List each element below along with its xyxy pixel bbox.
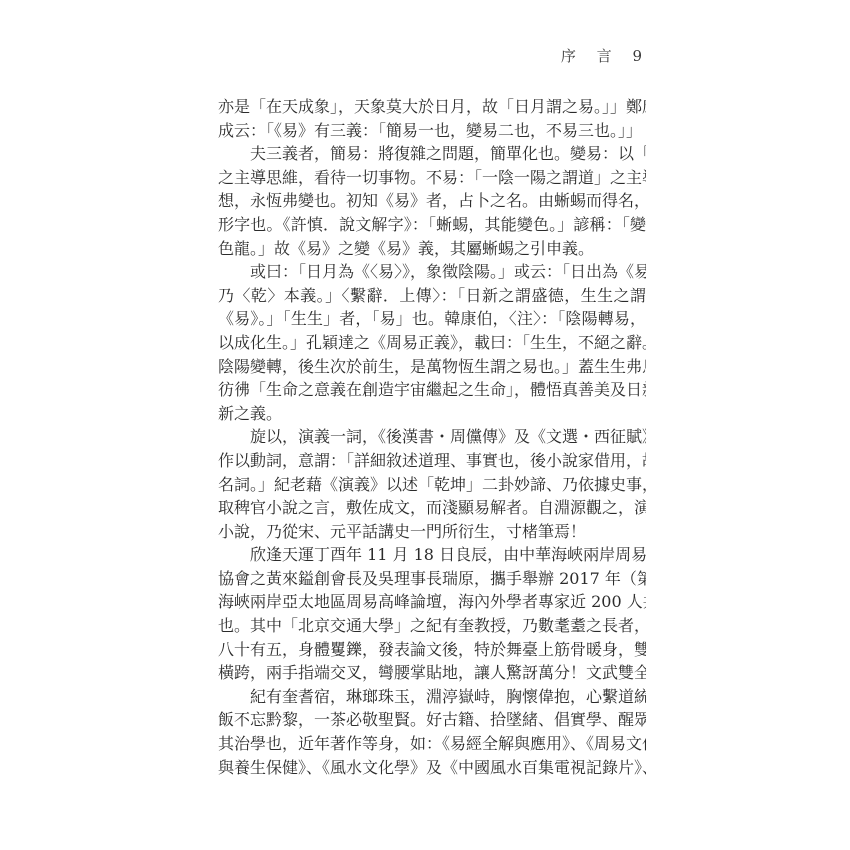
text-line: 海峽兩岸亞太地區周易高峰論壇，海內外學者專家近 200 人共襄盛舉 <box>218 590 646 614</box>
section-title: 序 言 <box>561 47 620 65</box>
text-line: 橫跨，兩手指端交叉，彎腰掌貼地，讓人驚訝萬分！文武雙全。 <box>218 661 646 685</box>
text-line: 成云：「《易》有三義：「簡易一也，變易二也，不易三也。」」 <box>218 119 646 143</box>
text-line: 其治學也，近年著作等身，如：《易經全解與應用》、《周易文化 <box>218 732 646 756</box>
text-line: 小說，乃從宋、元平話講史一門所衍生，寸楮筆焉！ <box>218 520 646 544</box>
text-line: 與養生保健》、《風水文化學》及《中國風水百集電視記錄片》、 <box>218 756 646 780</box>
text-line: 陰陽變轉，後生次於前生，是萬物恆生謂之易也。」蓋生生弗息， <box>218 355 646 379</box>
text-line: 以成化生。」孔穎達之《周易正義》，載曰：「生生，不絕之辭。 <box>218 331 646 355</box>
text-line: 飯不忘黔黎，一茶必敬聖賢。好古籍、拾墜緒、倡實學、醒眾醉。 <box>218 708 646 732</box>
text-line: 紀有奎耆宿，琳瑯珠玉，淵渟嶽峙，胸懷偉抱，心繫道統，一 <box>218 685 646 709</box>
text-line: 形字也。《許慎．說文解字》：「蜥蜴，其能變色。」諺稱：「變 <box>218 213 646 237</box>
body-text: 亦是「在天成象」，天象莫大於日月，故「日月謂之易。」」鄭康成云：「《易》有三義：… <box>218 95 646 779</box>
text-line: 或曰：「日月為《〈易〉》，象徵陰陽。」或云：「日出為《易》， <box>218 260 646 284</box>
text-line: 新之義。 <box>218 402 646 426</box>
text-line: 八十有五，身體矍鑠，發表論文後，特於舞臺上筋骨暖身，雙足劈腿 <box>218 638 646 662</box>
text-line: 之主導思維，看待一切事物。不易：「一陰一陽之謂道」之主導思 <box>218 166 646 190</box>
page-number: 9 <box>632 47 650 65</box>
text-line: 乃〈乾〉本義。」〈繫辭．上傳〉：「日新之謂盛德，生生之謂 <box>218 284 646 308</box>
text-line: 協會之黃來鎰創會長及吳理事長瑞原，攜手舉辦 2017 年（第七屆） <box>218 567 646 591</box>
text-line: 欣逢天運丁酉年 11 月 18 日良辰，由中華海峽兩岸周易科學交流 <box>218 543 646 567</box>
text-line: 旋以，演義一詞，《後漢書・周儻傳》及《文選・西征賦》， <box>218 425 646 449</box>
text-line: 色龍。」故《易》之變《易》義，其屬蜥蜴之引申義。 <box>218 237 646 261</box>
text-line: 夫三義者，簡易：將復雜之問題，簡單化也。變易：以「變」 <box>218 142 646 166</box>
text-line: 也。其中「北京交通大學」之紀有奎教授，乃數耄耋之長者，壽齡 <box>218 614 646 638</box>
text-line: 作以動詞，意謂：「詳細敘述道理、事實也，後小說家借用，故成 <box>218 449 646 473</box>
text-line: 彷彿「生命之意義在創造宇宙繼起之生命」，體悟真善美及日新又 <box>218 378 646 402</box>
text-line: 名詞。」紀老藉《演義》以述「乾坤」二卦妙諦、乃依據史事，雜 <box>218 473 646 497</box>
text-line: 取稗官小說之言，敷佐成文，而淺顯易解者。自淵源觀之，演義類 <box>218 496 646 520</box>
text-line: 亦是「在天成象」，天象莫大於日月，故「日月謂之易。」」鄭康 <box>218 95 646 119</box>
text-line: 想，永恆弗變也。初知《易》者，占卜之名。由蜥蜴而得名，其象 <box>218 189 646 213</box>
text-line: 《易》。」「生生」者，「易」也。韓康伯，〈注〉：「陰陽轉易， <box>218 307 646 331</box>
running-header: 序 言 9 <box>560 45 650 66</box>
